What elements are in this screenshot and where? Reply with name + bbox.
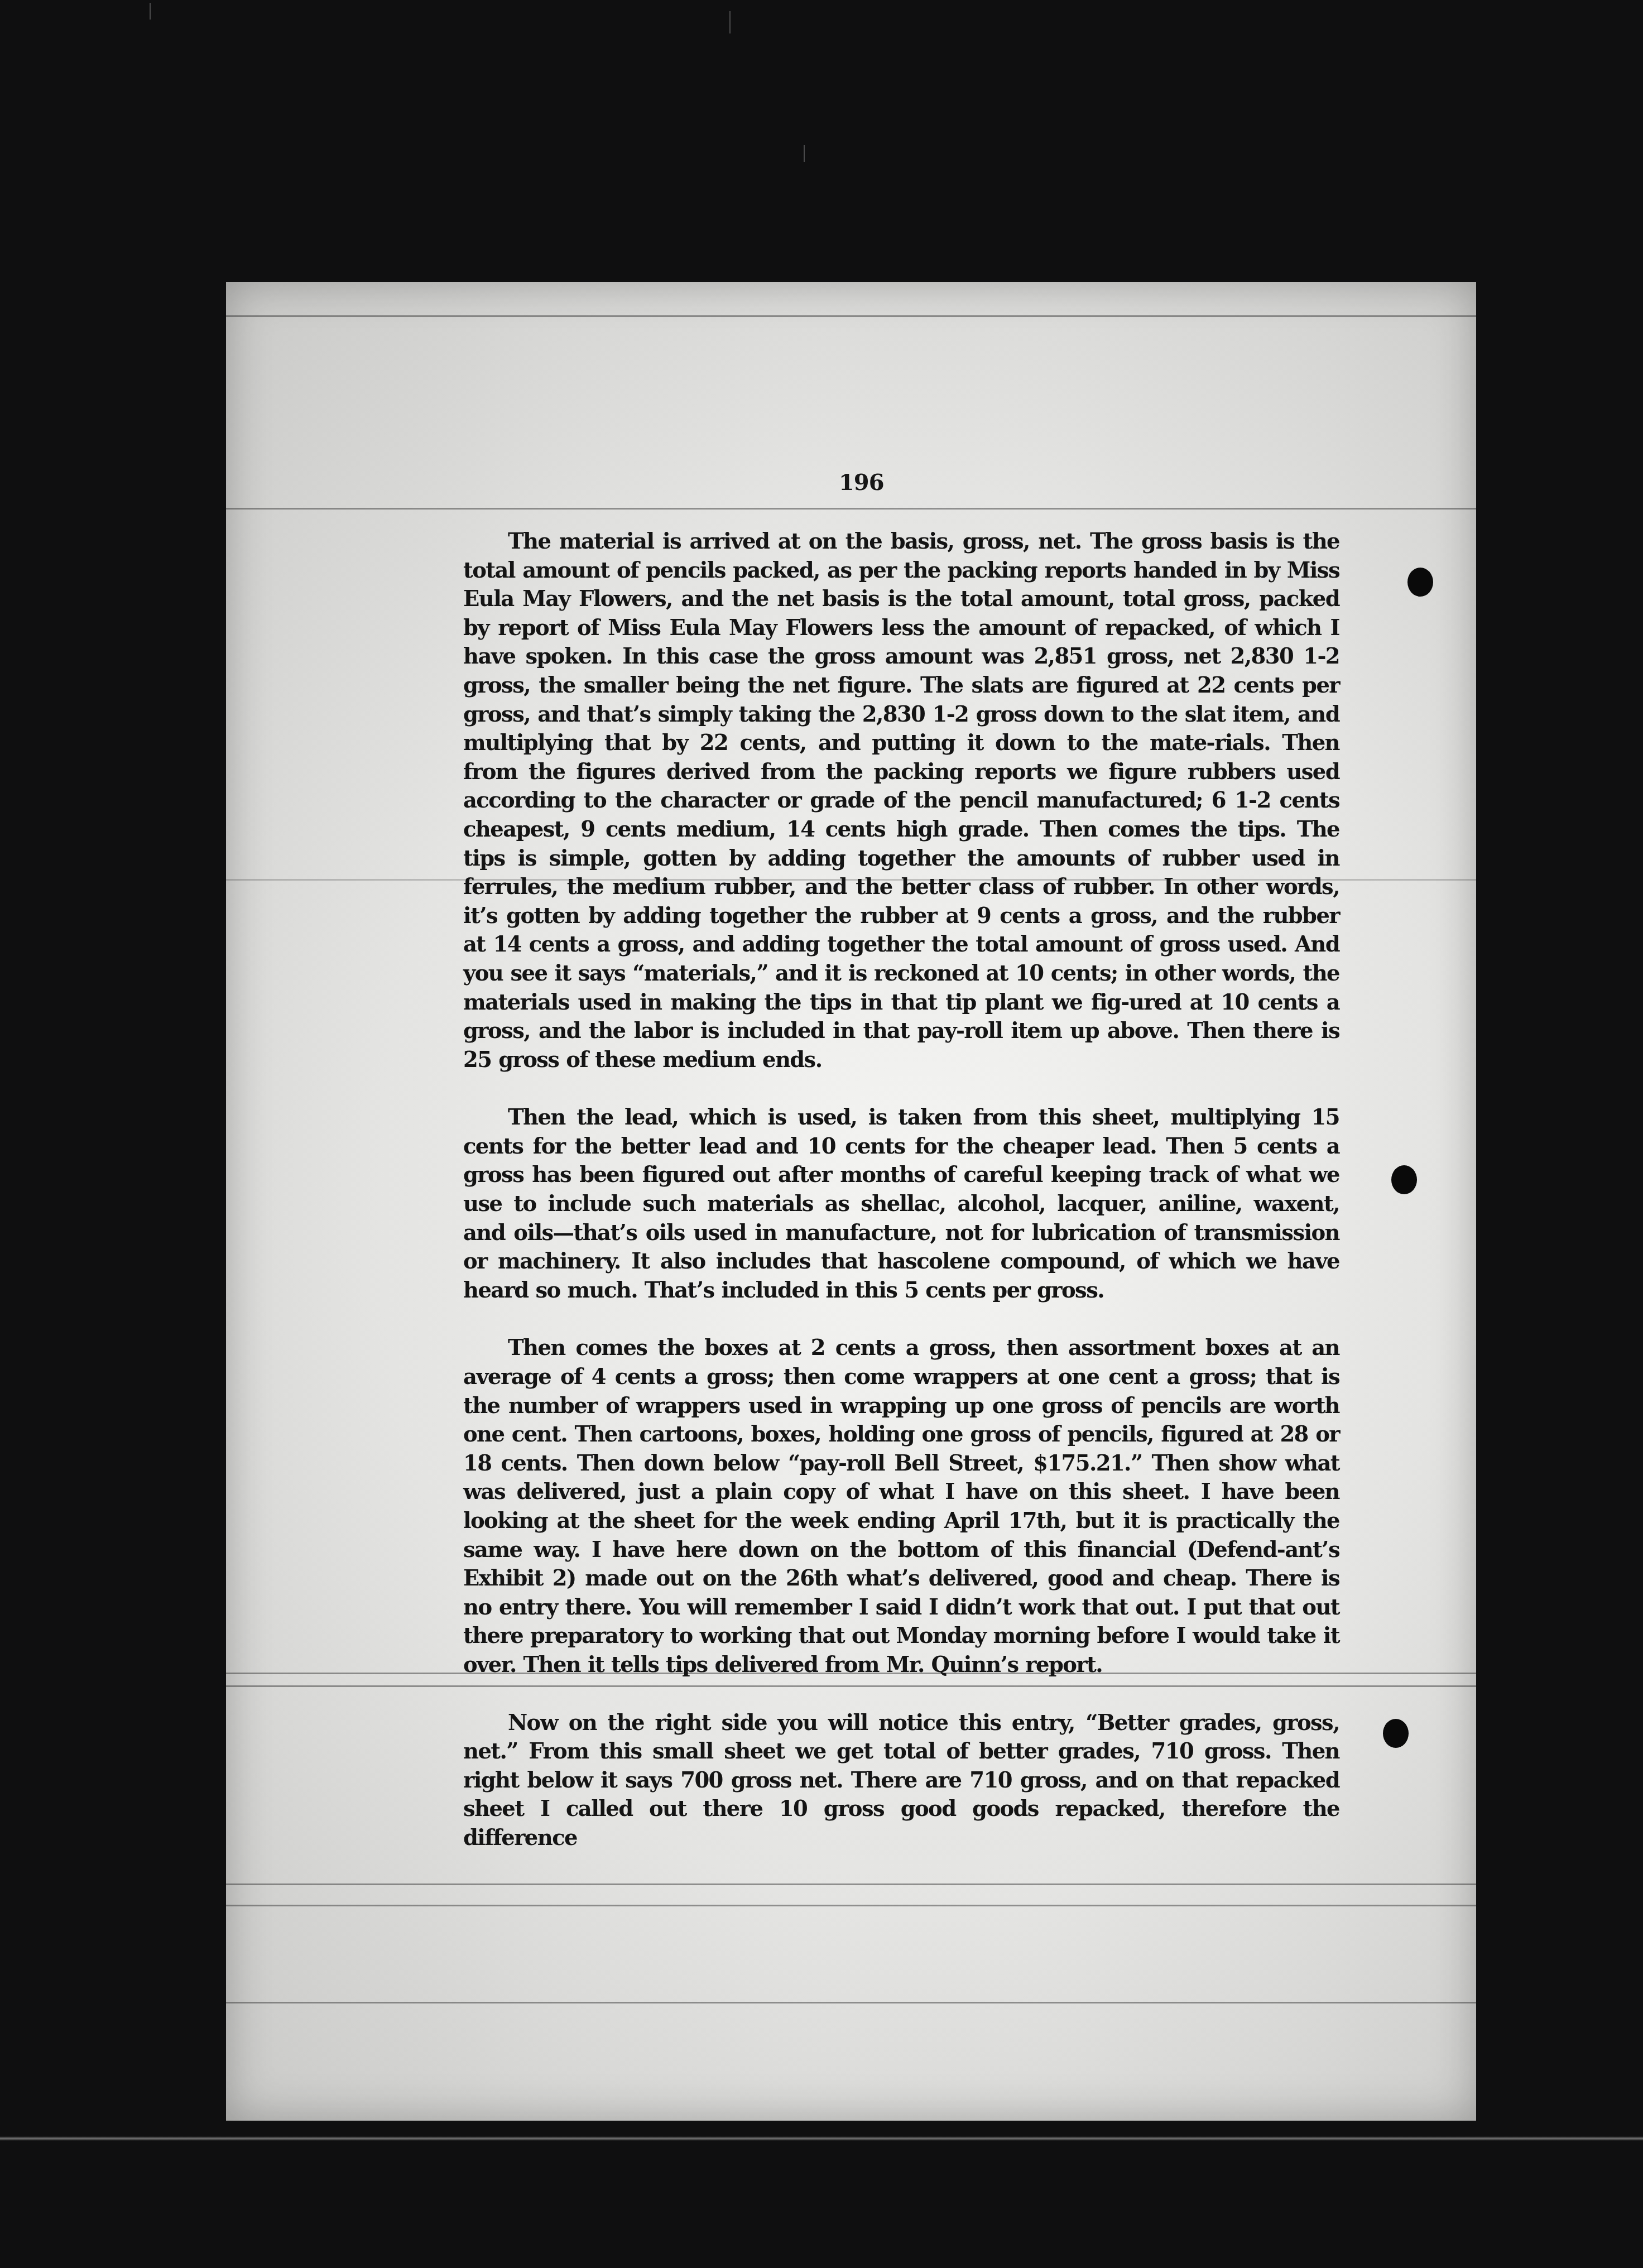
paragraph: The material is arrived at on the basis,… [463,527,1339,1074]
paragraph: Then comes the boxes at 2 cents a gross,… [463,1334,1339,1679]
paragraph: Then the lead, which is used, is taken f… [463,1103,1339,1305]
ruled-line [226,315,1476,317]
punch-hole [1383,1719,1409,1748]
film-light-streak [0,2136,1643,2141]
ruled-line [226,1905,1476,1906]
ruled-line [226,508,1476,510]
ruled-line [226,1883,1476,1885]
paragraph: Now on the right side you will notice th… [463,1709,1339,1853]
film-scratch [150,3,151,20]
film-scratch [804,145,805,162]
punch-hole [1407,568,1433,597]
punch-hole [1391,1165,1417,1194]
page-number: 196 [839,469,884,496]
film-scratch [729,11,731,33]
body-text: The material is arrived at on the basis,… [463,527,1339,1853]
document-page: 196 The material is arrived at on the ba… [226,282,1476,2121]
ruled-line [226,2002,1476,2003]
